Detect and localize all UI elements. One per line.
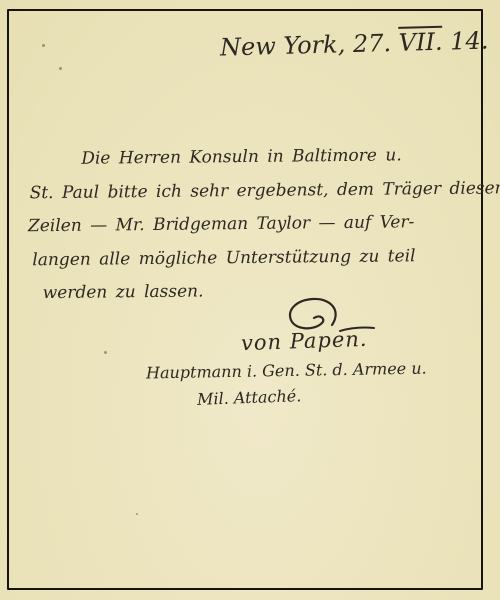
paper-speck bbox=[104, 351, 107, 354]
letter-page: New York, 27. VII. 14. Die Herren Konsul… bbox=[0, 0, 500, 600]
letter-body-line: Zeilen — Mr. Bridgeman Taylor — auf Ver- bbox=[28, 206, 466, 244]
letter-body: Die Herren Konsuln in Baltimore u. St. P… bbox=[27, 139, 467, 311]
paper-speck bbox=[136, 513, 138, 515]
date-line: New York, 27. VII. 14. bbox=[220, 26, 489, 61]
paper-speck bbox=[59, 67, 62, 70]
paper-speck bbox=[42, 44, 45, 47]
letter-body-line: St. Paul bitte ich sehr ergebenst, dem T… bbox=[27, 172, 465, 210]
letter-body-line: langen alle mögliche Unterstützung zu te… bbox=[28, 239, 466, 277]
date-month-roman: VII. bbox=[398, 28, 443, 57]
letter-body-line: Die Herren Konsuln in Baltimore u. bbox=[27, 139, 465, 177]
signature: von Papen. bbox=[241, 327, 368, 355]
signatory-title-line: Mil. Attaché. bbox=[197, 386, 302, 409]
date-city-day: New York, 27. bbox=[220, 29, 392, 61]
signatory-rank-line: Hauptmann i. Gen. St. d. Armee u. bbox=[146, 359, 427, 383]
letter-body-line: werden zu lassen. bbox=[29, 273, 467, 311]
date-year: 14. bbox=[450, 26, 489, 55]
